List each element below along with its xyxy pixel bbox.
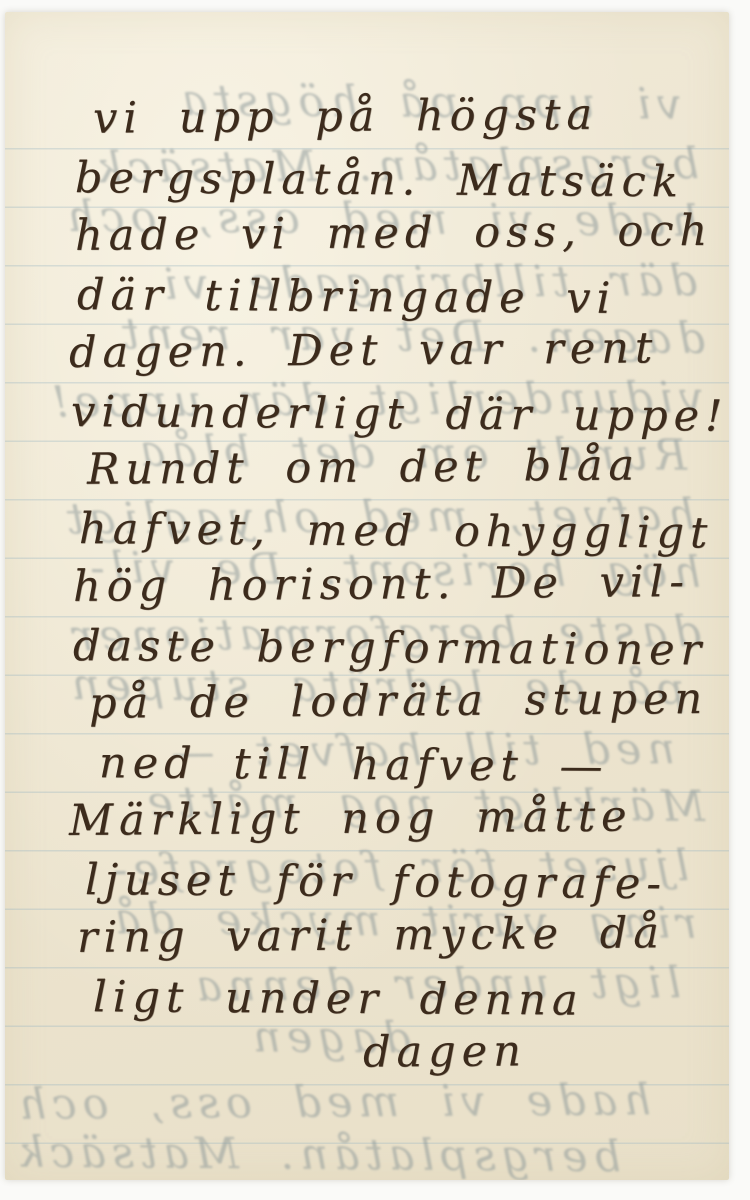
handwriting-line: dagen: [63, 1021, 729, 1085]
handwriting-line: ring varit mycke då: [63, 904, 729, 968]
handwriting-line: hade vi med oss, och: [63, 202, 729, 266]
handwriting-line: Märkligt nog måtte: [63, 787, 729, 851]
handwriting-text: vi upp på högsta bergsplatån. Matsäck ha…: [63, 90, 729, 1085]
handwriting-line: dagen. Det var rent: [63, 319, 729, 383]
handwriting-line: vi upp på högsta: [63, 85, 729, 149]
handwriting-line: Rundt om det blåa: [63, 436, 729, 500]
page-backdrop: vi upp på högsta bergsplatån. Matsäck ha…: [0, 0, 750, 1200]
bleedthrough-line: bergsplatån. Matsäck: [45, 1124, 711, 1180]
handwriting-line: på de lodräta stupen: [63, 670, 729, 734]
letter-paper: vi upp på högsta bergsplatån. Matsäck ha…: [5, 12, 729, 1180]
handwriting-line: hög horisont. De vil-: [63, 553, 729, 617]
